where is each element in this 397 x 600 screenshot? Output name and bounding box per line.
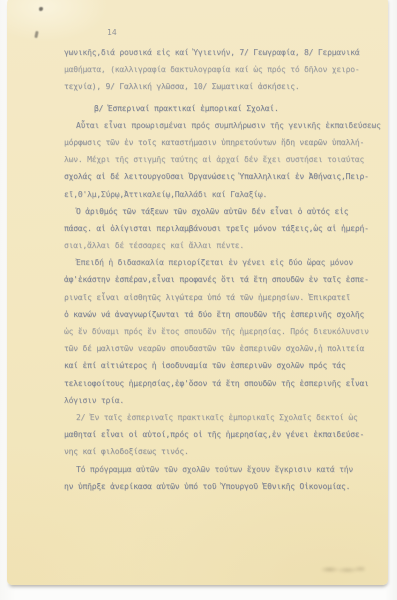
text-line: τῶν δέ μαλιστῶν νεαρῶν σπουδαστῶν τῶν ἑσ… [64,340,376,357]
text-line: ἀφ'ἑκάστην ἑσπέραν,εἶναι προφανές ὅτι τά… [64,271,376,288]
text-line: μαθήματα, (καλλιγραφία δακτυλογραφία καί… [64,61,376,78]
text-line: τελειοφοίτους ἡμερησίας,ἐφ'ὅσον τά ἔτη σ… [64,375,376,392]
text-line: Τό πρόγραμμα αὐτῶν τῶν σχολῶν τούτων ἔχο… [64,461,376,478]
text-line: νης καί φιλοδοξίσεως τινός. [64,443,376,460]
text-line: ὡς ἕν δύναμι πρός ἕν ἔτος σπουδῶν τῆς ἡμ… [64,323,376,340]
text-line: Ὁ ἀριθμός τῶν τάξεων τῶν σχολῶν αὐτῶν δέ… [64,203,376,220]
text-line: Αὗται εἶναι προωρισμέναι πρός συμπλήρωσι… [64,117,376,134]
text-line: μόρφωσις τῶν ἐν τοῖς καταστήμασιν ὑπηρετ… [64,134,376,151]
text-line: λων. Μέχρι τῆς στιγμῆς ταύτης αἱ ἀρχαί δ… [64,151,376,168]
text-line: καί ἐπί αἰτιώτερος ἡ ἰσοδυναμία τῶν ἑσπε… [64,357,376,374]
text-line: ην ὑπῆρξε ἀνερίκασα αὐτῶν ὑπό τοῦ Ὑπουργ… [64,478,376,495]
text-block: γωνικῆς,διά ρουσικά εἰς καί Ὑγιεινήν, 7/… [64,44,376,495]
document-page: 14 γωνικῆς,διά ρουσικά εἰς καί Ὑγιεινήν,… [7,0,388,585]
faint-pencil-mark [321,564,365,575]
text-line: σιαι,ἄλλαι δέ τέσσαρες καί ἄλλαι πέντε. [64,237,376,254]
text-line: λόγισιν τρία. [64,392,376,409]
text-line: μαθηταί εἶναι οἱ αὐτοί,πρός οἱ τῆς ἡμερη… [64,426,376,443]
text-line: σχολάς αἱ δέ λειτουργοῦσαι Ὀργανώσεις Ὑπ… [64,168,376,185]
text-line: 2/ Ἐν ταῖς ἑσπεριναῖς πρακτικαῖς ἐμπορικ… [64,409,376,426]
section-heading: β/ Ἑσπεριναί πρακτικαί ἐμπορικαί Σχολαί. [64,100,376,117]
text-line: εῖ,Θ'λμ,Σύρῳ,Ἀττικαλείῳ,Παλλάδι καί Γαλα… [64,186,376,203]
text-line: ὁ κανών νά ἀναγνωρίζωνται τά δύο ἔτη σπο… [64,306,376,323]
ink-speck-icon [39,7,43,11]
text-line: τεχνία), 9/ Γαλλική γλῶσσα, 10/ Σωματικα… [64,78,376,95]
text-line: πάσας. αἱ ὀλίγισται περιλαμβάνουσι τρεῖς… [64,220,376,237]
scan-background: 14 γωνικῆς,διά ρουσικά εἰς καί Ὑγιεινήν,… [0,0,397,600]
text-line: ριναῖς εἶναι αἰσθητῶς λιγώτερα ὑπό τά τῶ… [64,289,376,306]
page-number: 14 [107,28,117,37]
text-line: γωνικῆς,διά ρουσικά εἰς καί Ὑγιεινήν, 7/… [64,44,376,61]
ink-speck-icon [34,31,38,38]
text-line: Ἐπειδή ἡ διδασκαλία περιορίζεται ἐν γένε… [64,254,376,271]
